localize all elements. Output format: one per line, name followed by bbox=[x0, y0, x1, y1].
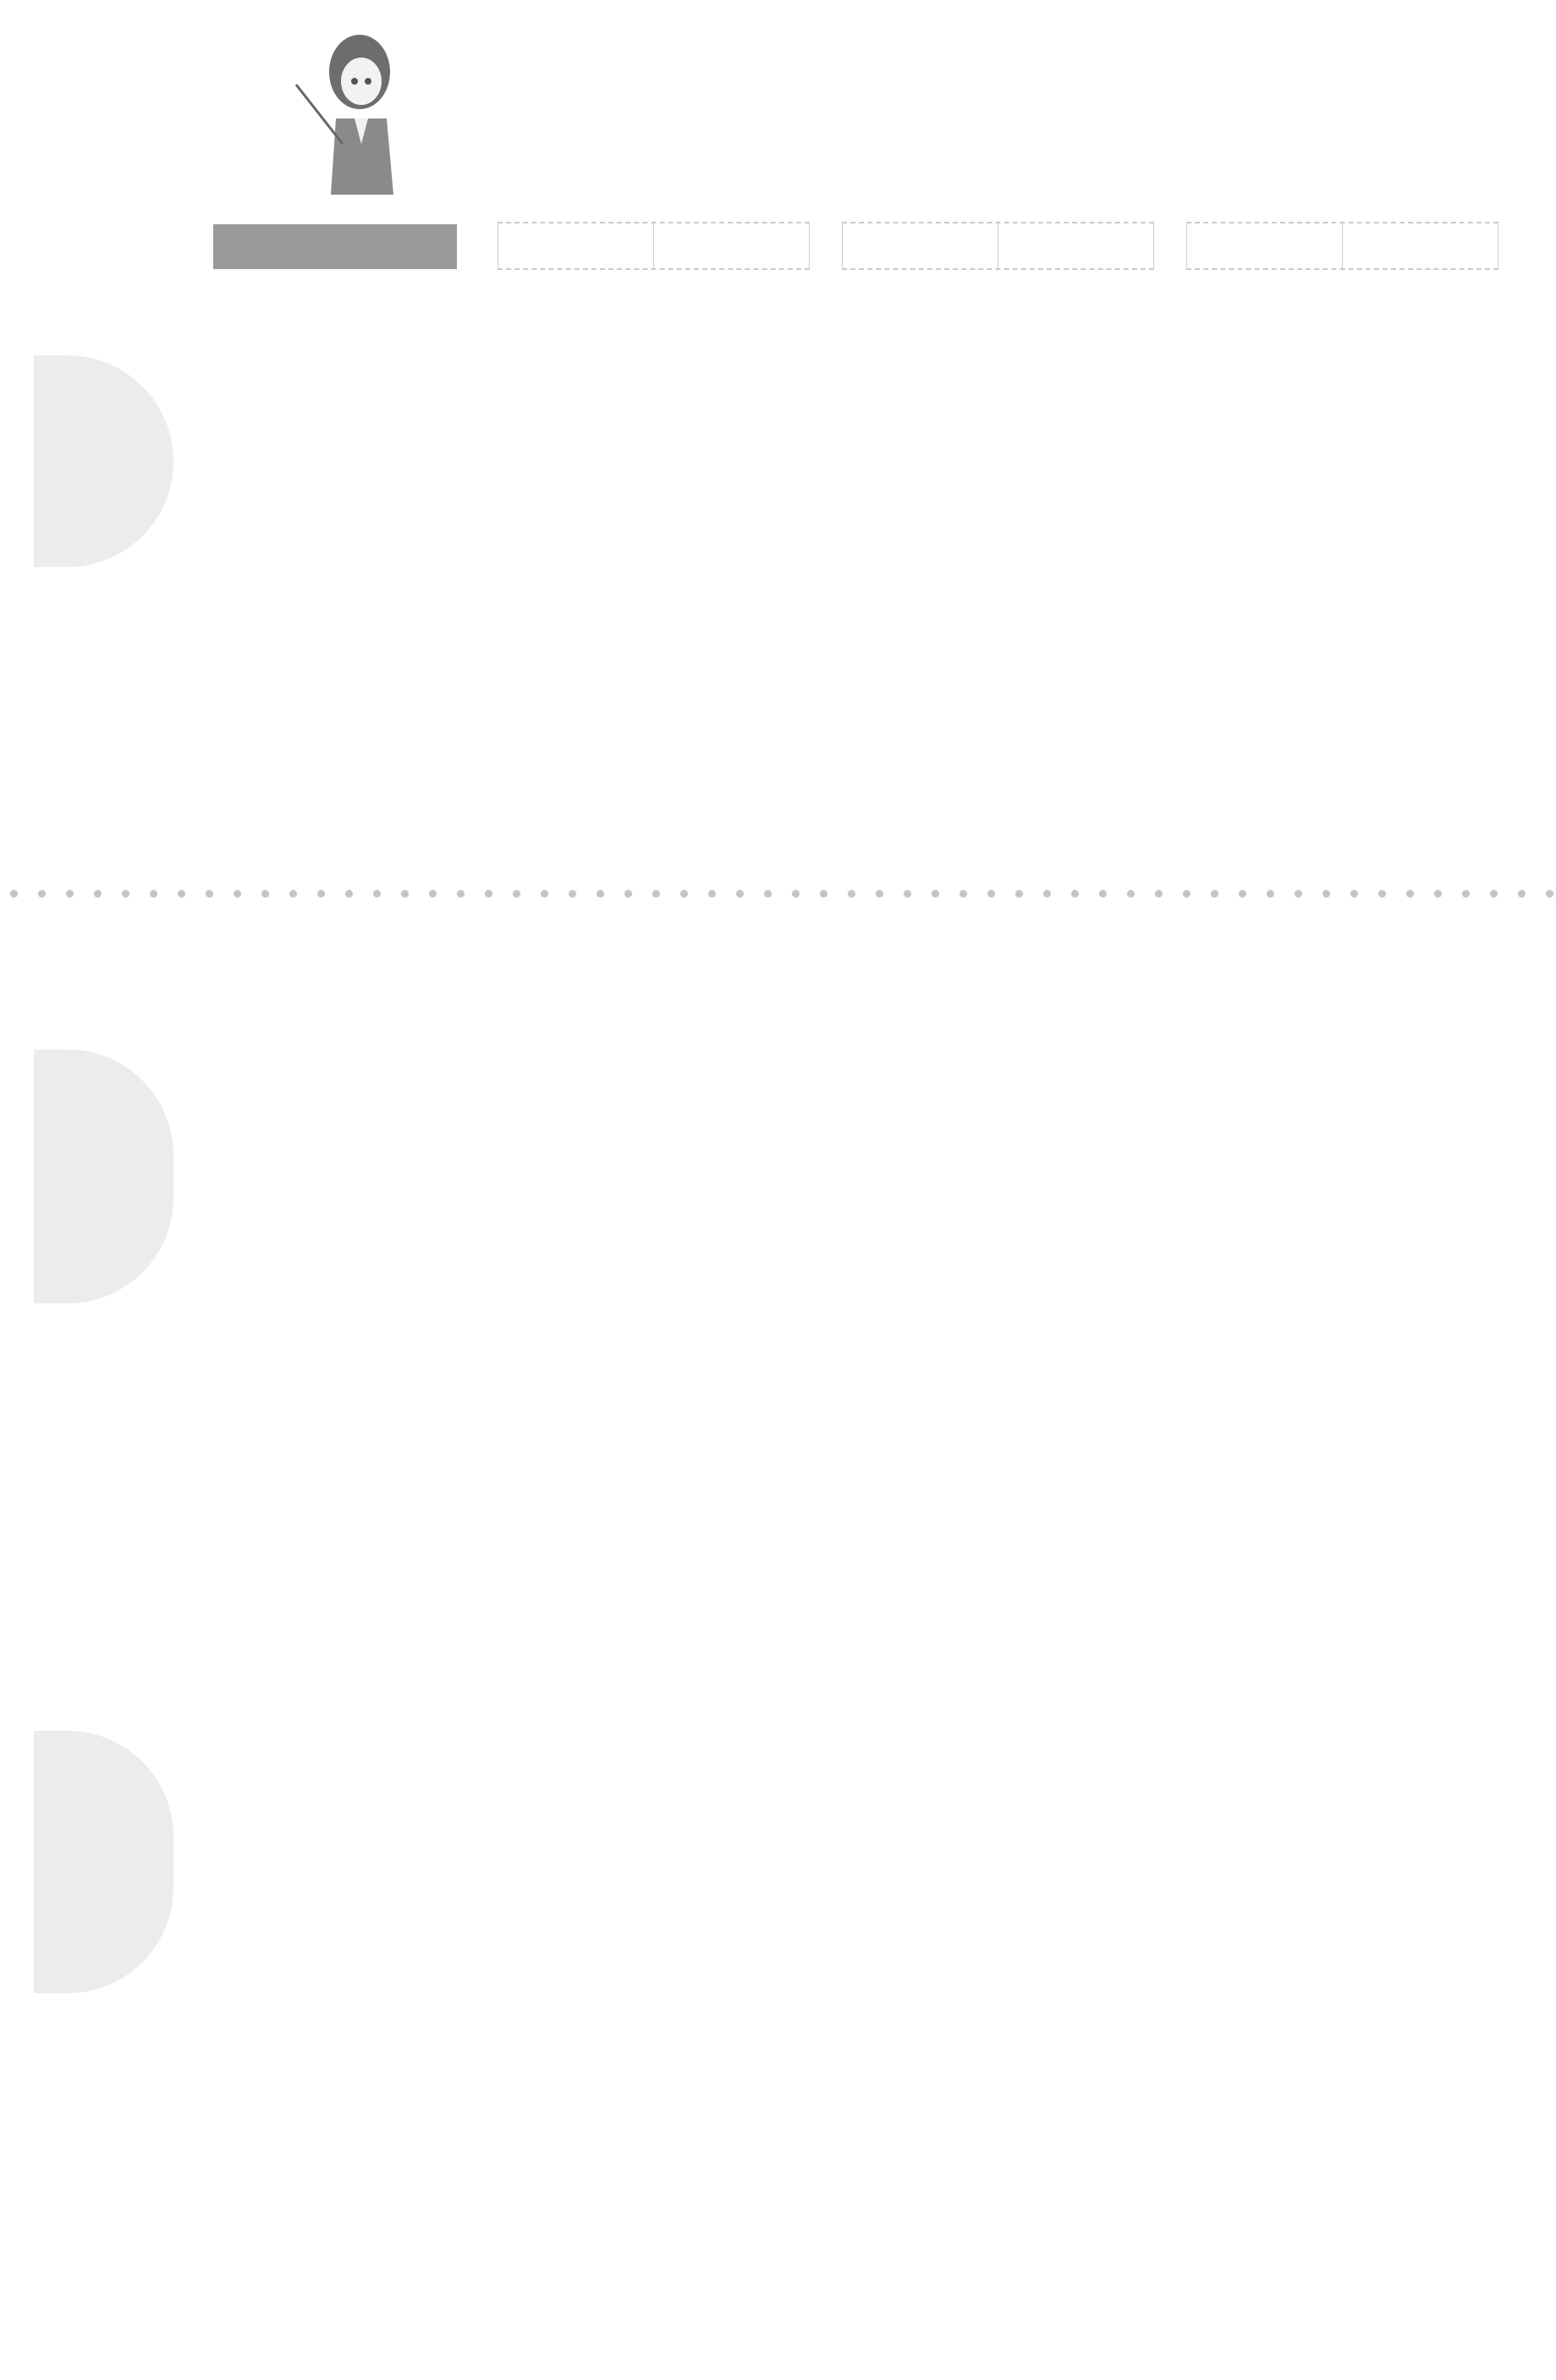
answer-cell bbox=[653, 223, 809, 268]
answer-range-label bbox=[213, 224, 457, 269]
question-268 bbox=[213, 1234, 225, 1266]
question-266 bbox=[213, 616, 225, 648]
side-tab-goi[interactable] bbox=[34, 1050, 173, 1303]
section-divider bbox=[0, 890, 1556, 898]
answer-cell bbox=[1187, 223, 1342, 268]
teacher-illustration-icon bbox=[292, 25, 410, 195]
answer-group-3 bbox=[1186, 222, 1498, 270]
question-265 bbox=[213, 303, 225, 335]
answer-cell bbox=[998, 223, 1153, 268]
answer-group-2 bbox=[842, 222, 1154, 270]
answer-cell bbox=[843, 223, 998, 268]
side-tab-moji[interactable] bbox=[34, 355, 173, 567]
answer-group-1 bbox=[498, 222, 810, 270]
answer-cell bbox=[498, 223, 653, 268]
question-267 bbox=[213, 925, 225, 957]
side-tab-bunpo[interactable] bbox=[34, 1731, 173, 1993]
answer-cell bbox=[1342, 223, 1498, 268]
